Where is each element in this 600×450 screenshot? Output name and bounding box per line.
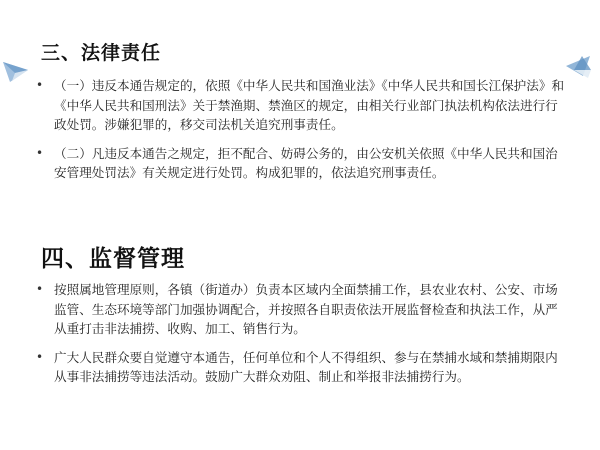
supervision-list: • 按照属地管理原则，各镇（街道办）负责本区域内全面禁捕工作，县农业农村、公安、… [36, 280, 566, 396]
paper-plane-icon [3, 62, 29, 82]
section-heading-supervision: 四、监督管理 [41, 240, 185, 273]
list-item: • （二）凡违反本通告之规定，拒不配合、妨碍公务的，由公安机关依照《中华人民共和… [36, 144, 566, 183]
list-item: • 按照属地管理原则，各镇（街道办）负责本区域内全面禁捕工作，县农业农村、公安、… [36, 280, 566, 339]
bullet-icon: • [36, 76, 43, 96]
bullet-icon: • [36, 144, 43, 164]
list-item-text: 广大人民群众要自觉遵守本通告，任何单位和个人不得组织、参与在禁捕水域和禁捕期限内… [54, 350, 558, 385]
legal-liability-list: • （一）违反本通告规定的，依照《中华人民共和国渔业法》《中华人民共和国长江保护… [36, 76, 566, 192]
list-item-text: （一）违反本通告规定的，依照《中华人民共和国渔业法》《中华人民共和国长江保护法》… [54, 78, 564, 132]
list-item-text: （二）凡违反本通告之规定，拒不配合、妨碍公务的，由公安机关依照《中华人民共和国治… [54, 146, 558, 181]
list-item: • （一）违反本通告规定的，依照《中华人民共和国渔业法》《中华人民共和国长江保护… [36, 76, 566, 135]
paper-plane-icon [566, 56, 594, 80]
section-heading-legal-liability: 三、法律责任 [41, 38, 161, 65]
list-item-text: 按照属地管理原则，各镇（街道办）负责本区域内全面禁捕工作，县农业农村、公安、市场… [54, 282, 558, 336]
bullet-icon: • [36, 280, 43, 300]
bullet-icon: • [36, 348, 43, 368]
slide: 三、法律责任 • （一）违反本通告规定的，依照《中华人民共和国渔业法》《中华人民… [0, 0, 600, 450]
list-item: • 广大人民群众要自觉遵守本通告，任何单位和个人不得组织、参与在禁捕水域和禁捕期… [36, 348, 566, 387]
